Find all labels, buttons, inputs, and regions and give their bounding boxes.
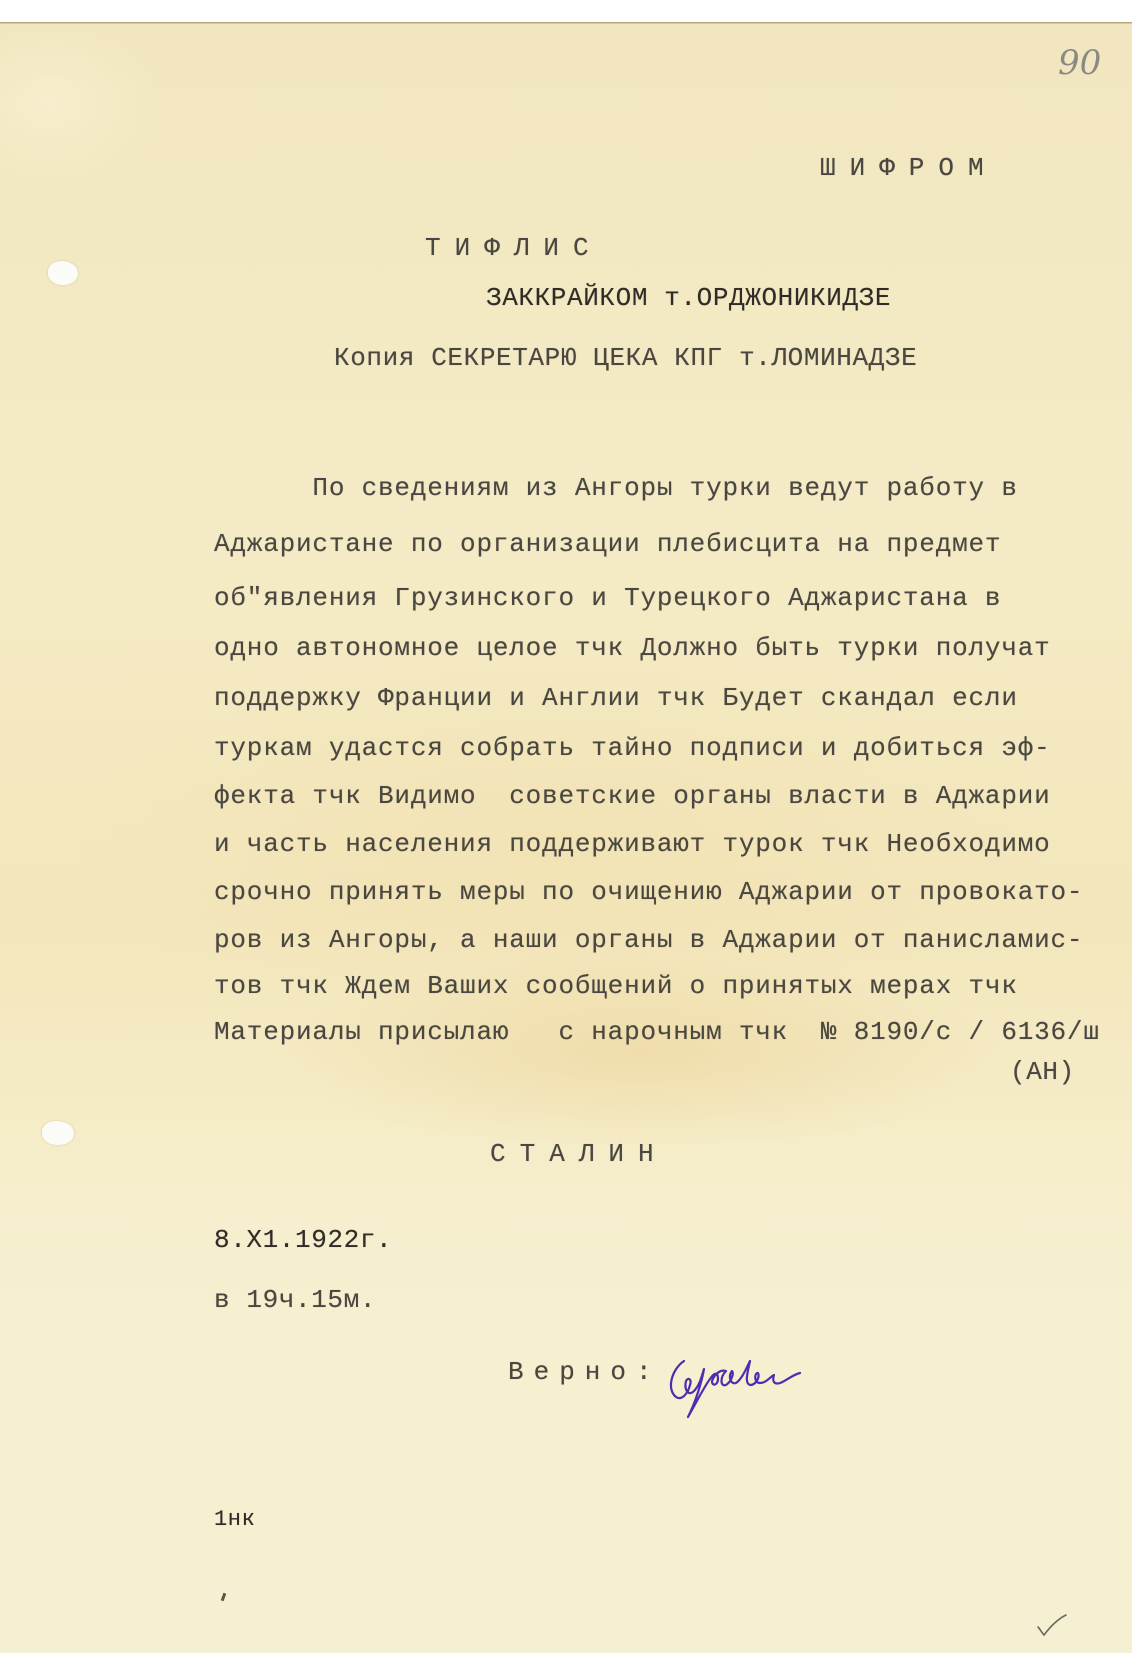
operator-code: (АН) <box>1010 1059 1075 1085</box>
body-line: об"явления Грузинского и Турецкого Аджар… <box>214 585 1001 611</box>
body-line: По сведениям из Ангоры турки ведут работ… <box>214 475 1018 501</box>
classification-header: ШИФРОМ <box>820 155 998 181</box>
body-line: поддержку Франции и Англии тчк Будет ска… <box>214 685 1018 711</box>
time-line: в 19ч.15м. <box>214 1287 376 1313</box>
date-line: 8.Х1.1922г. <box>214 1227 392 1253</box>
check-mark-icon <box>1034 1613 1070 1639</box>
punch-hole-bottom <box>42 1121 74 1145</box>
copy-count: 1нк <box>214 1509 255 1531</box>
body-line: срочно принять меры по очищению Аджарии … <box>214 879 1083 905</box>
body-line: тов тчк Ждем Ваших сообщений о принятых … <box>214 973 1018 999</box>
body-line: одно автономное целое тчк Должно быть ту… <box>214 635 1051 661</box>
body-line: Материалы присылаю с нарочным тчк № 8190… <box>214 1019 1100 1045</box>
page-number: 90 <box>1058 43 1101 83</box>
body-line: и часть населения поддерживают турок тчк… <box>214 831 1051 857</box>
punch-hole-top <box>48 261 78 285</box>
body-line: ров из Ангоры, а наши органы в Аджарии о… <box>214 927 1083 953</box>
body-line: Аджаристане по организации плебисцита на… <box>214 531 1001 557</box>
stray-mark <box>221 1593 227 1602</box>
copy-to-line: Копия СЕКРЕТАРЮ ЦЕКА КПГ т.ЛОМИНАДЗЕ <box>334 345 917 371</box>
document-page: 90 ШИФРОМ ТИФЛИС ЗАККРАЙКОМ т.ОРДЖОНИКИД… <box>0 22 1132 1653</box>
body-line: туркам удастся собрать тайно подписи и д… <box>214 735 1051 761</box>
handwritten-signature <box>662 1341 812 1421</box>
destination-city: ТИФЛИС <box>425 235 603 261</box>
body-line: фекта тчк Видимо советские органы власти… <box>214 783 1051 809</box>
recipient-line: ЗАККРАЙКОМ т.ОРДЖОНИКИДЗЕ <box>486 285 891 311</box>
certified-label: Верно: <box>508 1359 662 1385</box>
signatory-name: СТАЛИН <box>490 1141 668 1167</box>
